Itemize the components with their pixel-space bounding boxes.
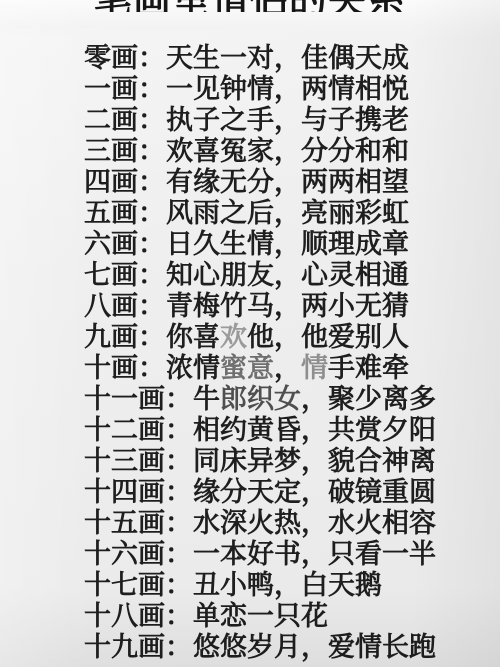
phrase: 单恋一只花	[193, 601, 328, 631]
phrase-segment: 牛	[193, 384, 220, 414]
list-item: 六画：日久生情，顺理成章	[84, 229, 490, 260]
list-item: 九画：你喜欢他，他爱别人	[84, 322, 490, 353]
phrase-segment: 日久生情，顺理成章	[166, 229, 409, 259]
stroke-count-label: 六画：	[84, 229, 165, 259]
phrase-segment: 浓情	[166, 353, 220, 383]
phrase: 一见钟情，两情相悦	[166, 74, 409, 104]
list-item: 十三画：同床异梦，貌合神离	[84, 446, 490, 477]
list-item: 十八画：单恋一只花	[84, 601, 490, 632]
phrase-segment: 执子之手，与子携老	[166, 105, 409, 135]
list-item: 三画：欢喜冤家，分分和和	[84, 136, 490, 167]
list-item: 一画：一见钟情，两情相悦	[84, 74, 490, 105]
stroke-count-label: 五画：	[84, 198, 165, 228]
phrase-segment: 你喜	[166, 322, 220, 352]
phrase: 执子之手，与子携老	[166, 105, 409, 135]
phrase-segment: 悠悠岁月，爱情长跑	[193, 632, 436, 662]
phrase: 风雨之后，亮丽彩虹	[166, 198, 409, 228]
stroke-count-label: 十八画：	[84, 601, 192, 631]
list-item: 十五画：水深火热，水火相容	[84, 508, 490, 539]
list-item: 五画：风雨之后，亮丽彩虹	[84, 198, 490, 229]
stroke-count-label: 十一画：	[84, 384, 192, 414]
meme-image-page: 笔画里情侣的关系 零画：天生一对，佳偶天成 一画：一见钟情，两情相悦 二画：执子…	[0, 0, 500, 667]
stroke-count-label: 四画：	[84, 167, 165, 197]
phrase-segment: 丑小鸭，白天鹅	[193, 570, 382, 600]
phrase-segment: 欢	[220, 322, 247, 352]
page-title: 笔画里情侣的关系	[94, 0, 406, 12]
phrase-segment: 水深火热，水火相容	[193, 508, 436, 538]
phrase-segment: 单恋一只花	[193, 601, 328, 631]
phrase-segment: 青梅竹马，两小无猜	[166, 291, 409, 321]
clipped-title-area: 笔画里情侣的关系	[0, 0, 500, 12]
stroke-count-label: 十六画：	[84, 539, 192, 569]
list-item: 十七画：丑小鸭，白天鹅	[84, 570, 490, 601]
stroke-count-label: 十四画：	[84, 477, 192, 507]
phrase-segment: 缘分天定，破镜重圆	[193, 477, 436, 507]
list-item: 八画：青梅竹马，两小无猜	[84, 291, 490, 322]
phrase-segment: 相约黄昏，共赏夕阳	[193, 415, 436, 445]
phrase-segment: 他，他爱别人	[247, 322, 409, 352]
phrase: 牛郎织女，聚少离多	[193, 384, 436, 414]
phrase-segment: 知心朋友，心灵相通	[166, 260, 409, 290]
stroke-count-label: 七画：	[84, 260, 165, 290]
phrase: 浓情蜜意，情手难牵	[166, 353, 409, 383]
stroke-count-label: 九画：	[84, 322, 165, 352]
phrase: 天生一对，佳偶天成	[166, 43, 409, 73]
stroke-count-label: 一画：	[84, 74, 165, 104]
phrase-segment: 有缘无分，两两相望	[166, 167, 409, 197]
phrase: 日久生情，顺理成章	[166, 229, 409, 259]
phrase: 青梅竹马，两小无猜	[166, 291, 409, 321]
list-item: 七画：知心朋友，心灵相通	[84, 260, 490, 291]
phrase-segment: 欢喜冤家，分分和和	[166, 136, 409, 166]
list-item: 四画：有缘无分，两两相望	[84, 167, 490, 198]
list-item: 十画：浓情蜜意，情手难牵	[84, 353, 490, 384]
stroke-count-label: 十五画：	[84, 508, 192, 538]
stroke-count-label: 三画：	[84, 136, 165, 166]
phrase: 一本好书，只看一半	[193, 539, 436, 569]
phrase: 相约黄昏，共赏夕阳	[193, 415, 436, 445]
stroke-count-label: 零画：	[84, 43, 165, 73]
stroke-count-label: 二画：	[84, 105, 165, 135]
phrase: 有缘无分，两两相望	[166, 167, 409, 197]
phrase: 水深火热，水火相容	[193, 508, 436, 538]
phrase-segment: ，	[274, 353, 301, 383]
stroke-count-label: 十九画：	[84, 632, 192, 662]
stroke-count-label: 十三画：	[84, 446, 192, 476]
phrase-segment: 同床异梦，貌合神离	[193, 446, 436, 476]
list-item: 十六画：一本好书，只看一半	[84, 539, 490, 570]
list-item: 二画：执子之手，与子携老	[84, 105, 490, 136]
phrase-segment: 郎织女	[220, 384, 301, 414]
phrase-segment: 一本好书，只看一半	[193, 539, 436, 569]
phrase-segment: 一见钟情，两情相悦	[166, 74, 409, 104]
list-item: 十四画：缘分天定，破镜重圆	[84, 477, 490, 508]
phrase: 同床异梦，貌合神离	[193, 446, 436, 476]
phrase-segment: 蜜意	[220, 353, 274, 383]
phrase: 知心朋友，心灵相通	[166, 260, 409, 290]
stroke-count-label: 十七画：	[84, 570, 192, 600]
phrase-segment: 风雨之后，亮丽彩虹	[166, 198, 409, 228]
phrase: 丑小鸭，白天鹅	[193, 570, 382, 600]
phrase: 缘分天定，破镜重圆	[193, 477, 436, 507]
phrase-segment: 情	[301, 353, 328, 383]
phrase-segment: ，聚少离多	[301, 384, 436, 414]
phrase-segment: 手难牵	[328, 353, 409, 383]
stroke-count-label: 十画：	[84, 353, 165, 383]
phrase: 悠悠岁月，爱情长跑	[193, 632, 436, 662]
phrase: 欢喜冤家，分分和和	[166, 136, 409, 166]
list-item: 零画：天生一对，佳偶天成	[84, 43, 490, 74]
phrase: 你喜欢他，他爱别人	[166, 322, 409, 352]
phrase-segment: 天生一对，佳偶天成	[166, 43, 409, 73]
stroke-count-label: 八画：	[84, 291, 165, 321]
stroke-count-label: 十二画：	[84, 415, 192, 445]
list-item: 十一画：牛郎织女，聚少离多	[84, 384, 490, 415]
list-item: 十九画：悠悠岁月，爱情长跑	[84, 632, 490, 663]
stroke-list: 零画：天生一对，佳偶天成 一画：一见钟情，两情相悦 二画：执子之手，与子携老 三…	[84, 43, 490, 663]
list-item: 十二画：相约黄昏，共赏夕阳	[84, 415, 490, 446]
